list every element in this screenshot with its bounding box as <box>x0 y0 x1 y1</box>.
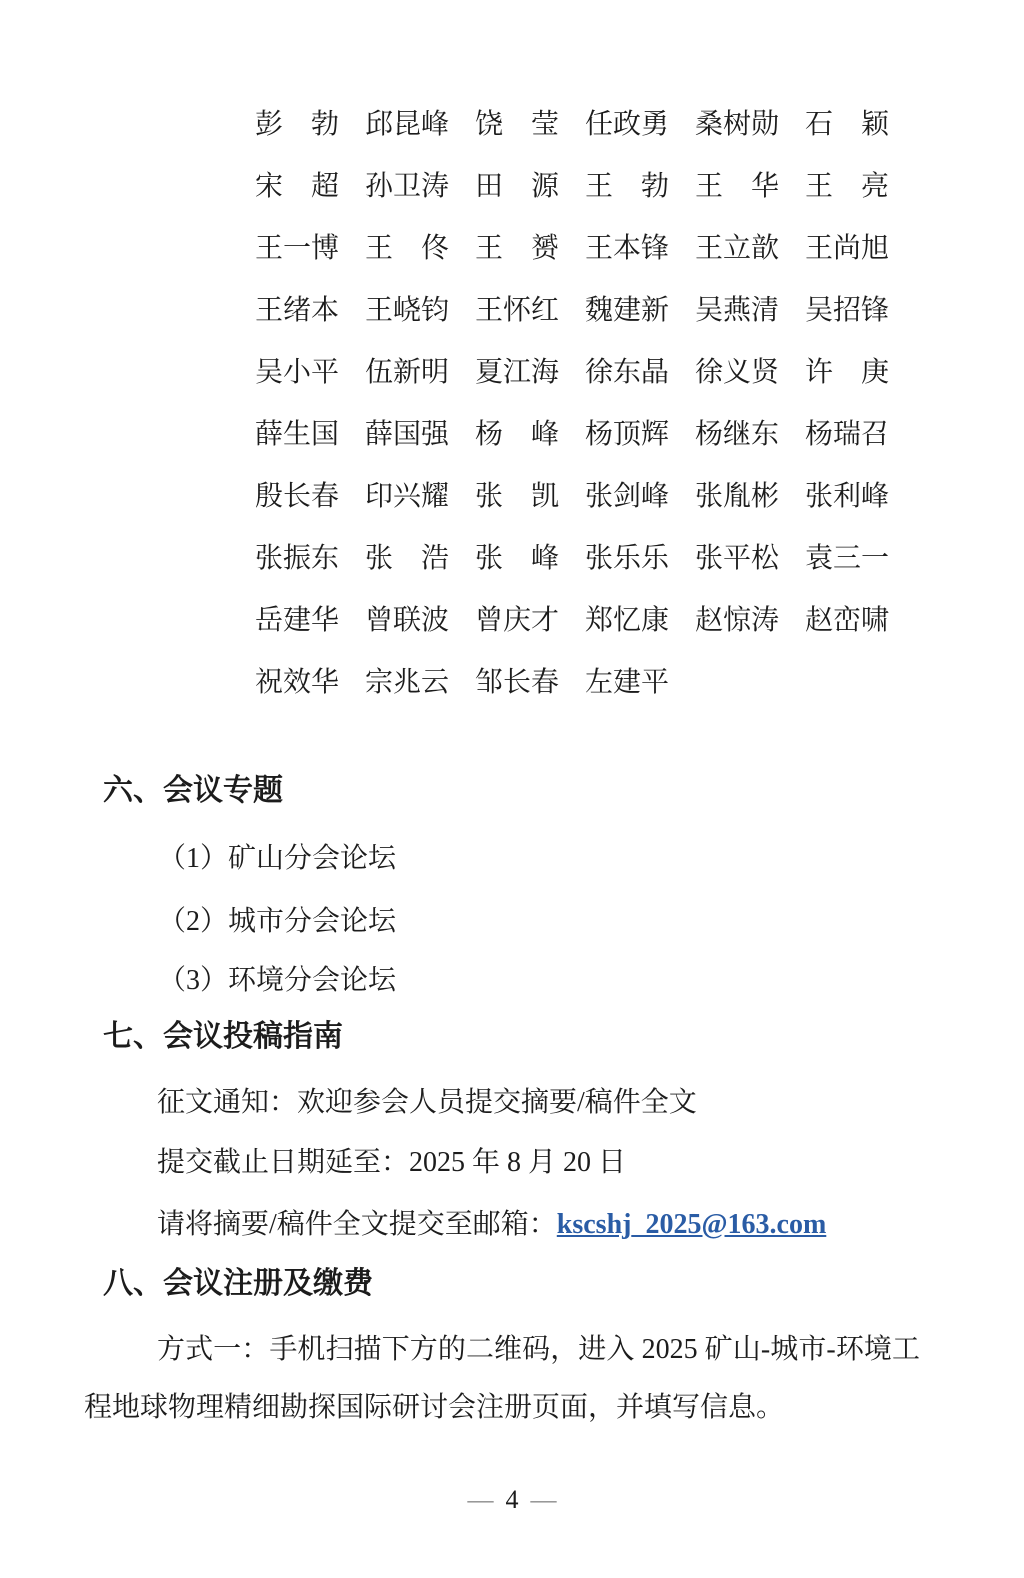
person-name: 曾庆才 <box>475 607 559 635</box>
person-name: 宗兆云 <box>365 669 449 697</box>
person-name: 吴燕清 <box>695 297 779 325</box>
person-name: 饶 莹 <box>475 111 559 139</box>
registration-paragraph-line-1: 方式一：手机扫描下方的二维码，进入 2025 矿山-城市-环境工 <box>84 1334 920 1366</box>
person-name: 王 亮 <box>805 173 889 201</box>
person-name: 夏江海 <box>475 359 559 387</box>
person-name: 石 颖 <box>805 111 889 139</box>
person-name: 薛生国 <box>255 421 339 449</box>
person-name: 王绪本 <box>255 297 339 325</box>
section-heading-topics: 六、会议专题 <box>103 776 283 806</box>
person-name: 殷长春 <box>255 483 339 511</box>
person-name: 张利峰 <box>805 483 889 511</box>
person-name: 印兴耀 <box>365 483 449 511</box>
submission-email-line: 请将摘要/稿件全文提交至邮箱：kscshj_2025@163.com <box>157 1209 826 1241</box>
person-name: 杨瑞召 <box>805 421 889 449</box>
person-name: 吴招锋 <box>805 297 889 325</box>
section-heading-registration: 八、会议注册及缴费 <box>103 1269 373 1299</box>
person-name: 张平松 <box>695 545 779 573</box>
person-name: 王 佟 <box>365 235 449 263</box>
submission-email-link[interactable]: kscshj_2025@163.com <box>557 1209 827 1240</box>
person-name: 岳建华 <box>255 607 339 635</box>
person-name: 杨 峰 <box>475 421 559 449</box>
person-name: 徐义贤 <box>695 359 779 387</box>
person-name: 王峣钧 <box>365 297 449 325</box>
person-name: 赵峦啸 <box>805 607 889 635</box>
page-number: 4 <box>506 1485 519 1514</box>
person-name: 邱昆峰 <box>365 111 449 139</box>
person-name: 魏建新 <box>585 297 669 325</box>
page-footer: —4— <box>0 1487 1024 1513</box>
topic-item-3: （3）环境分会论坛 <box>158 965 396 997</box>
section-heading-submission: 七、会议投稿指南 <box>103 1022 343 1052</box>
submission-deadline-line: 提交截止日期延至：2025 年 8 月 20 日 <box>157 1147 626 1179</box>
submission-notice-line: 征文通知：欢迎参会人员提交摘要/稿件全文 <box>157 1087 697 1119</box>
document-page: 彭 勃邱昆峰饶 莹任政勇桑树勋石 颖宋 超孙卫涛田 源王 勃王 华王 亮王一博王… <box>0 0 1024 1578</box>
person-name: 孙卫涛 <box>365 173 449 201</box>
person-name: 任政勇 <box>585 111 669 139</box>
person-name: 张剑峰 <box>585 483 669 511</box>
footer-left-dash: — <box>468 1485 494 1514</box>
person-name: 宋 超 <box>255 173 339 201</box>
person-name: 王怀红 <box>475 297 559 325</box>
person-name: 王 华 <box>695 173 779 201</box>
person-name: 彭 勃 <box>255 111 339 139</box>
person-name: 田 源 <box>475 173 559 201</box>
person-name: 张振东 <box>255 545 339 573</box>
person-name: 吴小平 <box>255 359 339 387</box>
person-name: 徐东晶 <box>585 359 669 387</box>
footer-right-dash: — <box>531 1485 557 1514</box>
person-name: 袁三一 <box>805 545 889 573</box>
topic-item-2: （2）城市分会论坛 <box>158 906 396 938</box>
person-name: 张胤彬 <box>695 483 779 511</box>
person-name: 郑忆康 <box>585 607 669 635</box>
person-name: 张 峰 <box>475 545 559 573</box>
person-name: 左建平 <box>585 669 669 697</box>
person-name: 张 凯 <box>475 483 559 511</box>
person-name: 王一博 <box>255 235 339 263</box>
person-name: 曾联波 <box>365 607 449 635</box>
person-name: 伍新明 <box>365 359 449 387</box>
person-name: 薛国强 <box>365 421 449 449</box>
person-name: 张乐乐 <box>585 545 669 573</box>
person-name: 王立歆 <box>695 235 779 263</box>
person-name: 张 浩 <box>365 545 449 573</box>
person-name: 邹长春 <box>475 669 559 697</box>
topic-item-1: （1）矿山分会论坛 <box>158 843 396 875</box>
person-name: 祝效华 <box>255 669 339 697</box>
person-name: 王 赟 <box>475 235 559 263</box>
registration-paragraph-line-2: 程地球物理精细勘探国际研讨会注册页面，并填写信息。 <box>84 1392 944 1424</box>
person-name: 杨继东 <box>695 421 779 449</box>
person-name: 杨顶辉 <box>585 421 669 449</box>
person-name: 王 勃 <box>585 173 669 201</box>
submission-email-prefix: 请将摘要/稿件全文提交至邮箱： <box>157 1209 557 1240</box>
person-name: 赵惊涛 <box>695 607 779 635</box>
person-name: 王本锋 <box>585 235 669 263</box>
person-name: 桑树勋 <box>695 111 779 139</box>
attendee-name-grid: 彭 勃邱昆峰饶 莹任政勇桑树勋石 颖宋 超孙卫涛田 源王 勃王 华王 亮王一博王… <box>255 94 889 714</box>
person-name: 许 庚 <box>805 359 889 387</box>
person-name: 王尚旭 <box>805 235 889 263</box>
